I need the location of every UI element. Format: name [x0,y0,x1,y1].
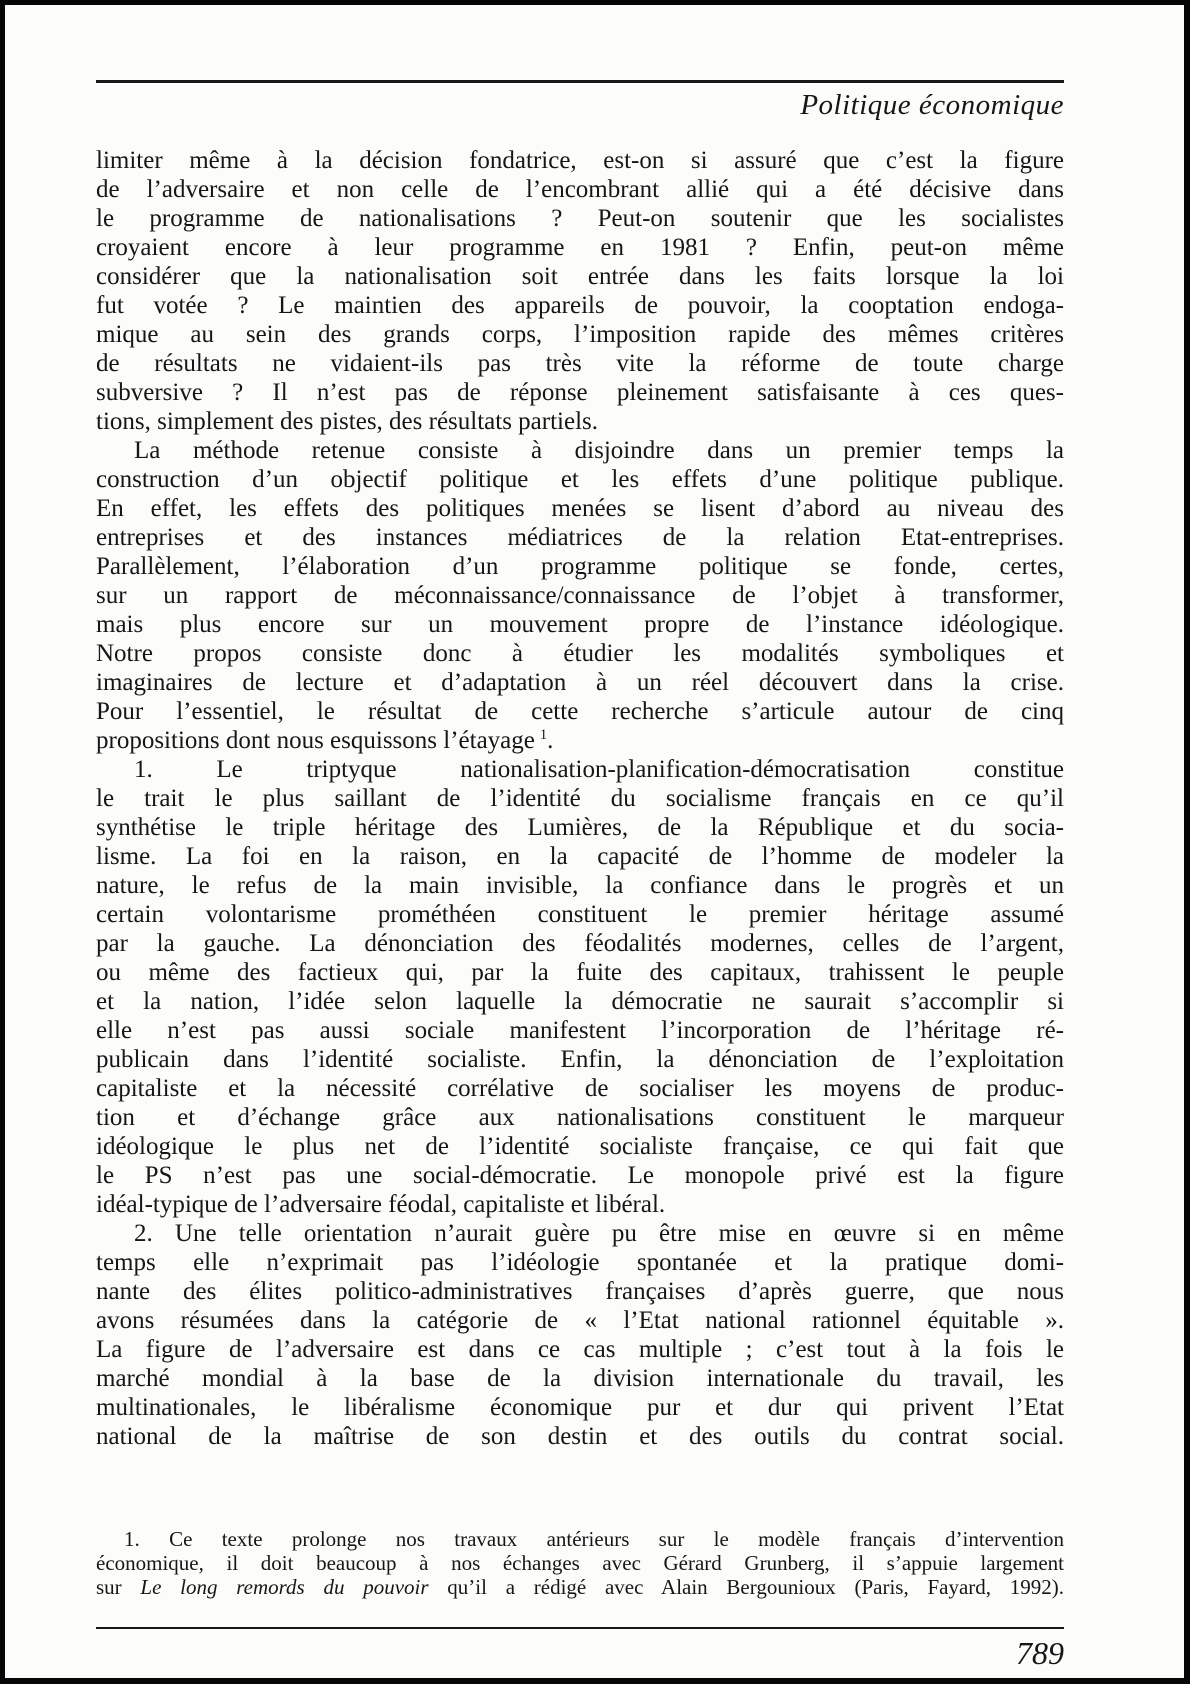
text-line: La figure de l’adversaire est dans ce ca… [96,1335,1064,1364]
text-line: elle n’est pas aussi sociale manifestent… [96,1016,1064,1045]
text-line: considérer que la nationalisation soit e… [96,262,1064,291]
text-line: 2. Une telle orientation n’aurait guère … [96,1219,1064,1248]
text-line: tion et d’échange grâce aux nationalisat… [96,1103,1064,1132]
text-line: mique au sein des grands corps, l’imposi… [96,320,1064,349]
text-line: construction d’un objectif politique et … [96,465,1064,494]
running-header: Politique économique [96,89,1064,121]
text-line: ou même des factieux qui, par la fuite d… [96,958,1064,987]
text-line: lisme. La foi en la raison, en la capaci… [96,842,1064,871]
paragraph: limiter même à la décision fondatrice, e… [96,146,1064,436]
text-line: nante des élites politico-administrative… [96,1277,1064,1306]
text-line: publicain dans l’identité socialiste. En… [96,1045,1064,1074]
text-line: économique, il doit beaucoup à nos échan… [96,1551,1064,1575]
text-line: propositions dont nous esquissons l’étay… [96,726,1064,755]
text-line: temps elle n’exprimait pas l’idéologie s… [96,1248,1064,1277]
text-line: avons résumées dans la catégorie de « l’… [96,1306,1064,1335]
text-line: 1. Le triptyque nationalisation-planific… [96,755,1064,784]
paragraph: 1. Le triptyque nationalisation-planific… [96,755,1064,1219]
paragraph: 2. Une telle orientation n’aurait guère … [96,1219,1064,1451]
text-line: et la nation, l’idée selon laquelle la d… [96,987,1064,1016]
text-line: certain volontarisme prométhéen constitu… [96,900,1064,929]
text-line: La méthode retenue consiste à disjoindre… [96,436,1064,465]
text-line: Pour l’essentiel, le résultat de cette r… [96,697,1064,726]
text-line: capitaliste et la nécessité corrélative … [96,1074,1064,1103]
text-line: mais plus encore sur un mouvement propre… [96,610,1064,639]
body-text: limiter même à la décision fondatrice, e… [96,146,1064,1451]
text-line: tions, simplement des pistes, des résult… [96,407,1064,436]
text-line: Parallèlement, l’élaboration d’un progra… [96,552,1064,581]
text-line: limiter même à la décision fondatrice, e… [96,146,1064,175]
text-line: subversive ? Il n’est pas de réponse ple… [96,378,1064,407]
text-line: multinationales, le libéralisme économiq… [96,1393,1064,1422]
text-line: imaginaires de lecture et d’adaptation à… [96,668,1064,697]
text-line: de résultats ne vidaient-ils pas très vi… [96,349,1064,378]
page-number: 789 [96,1635,1064,1671]
footer-rule [96,1627,1064,1629]
text-line: le PS n’est pas une social-démocratie. L… [96,1161,1064,1190]
header-rule [96,80,1064,83]
text-line: croyaient encore à leur programme en 198… [96,233,1064,262]
paragraph: La méthode retenue consiste à disjoindre… [96,436,1064,755]
text-line: idéal-typique de l’adversaire féodal, ca… [96,1190,1064,1219]
text-line: le programme de nationalisations ? Peut-… [96,204,1064,233]
text-line: nature, le refus de la main invisible, l… [96,871,1064,900]
text-line: sur Le long remords du pouvoir qu’il a r… [96,1575,1064,1599]
text-line: le trait le plus saillant de l’identité … [96,784,1064,813]
text-line: marché mondial à la base de la division … [96,1364,1064,1393]
text-line: entreprises et des instances médiatrices… [96,523,1064,552]
footnote: 1. Ce texte prolonge nos travaux antérie… [96,1527,1064,1599]
text-line: 1. Ce texte prolonge nos travaux antérie… [96,1527,1064,1551]
text-line: idéologique le plus net de l’identité so… [96,1132,1064,1161]
text-line: Notre propos consiste donc à étudier les… [96,639,1064,668]
text-line: sur un rapport de méconnaissance/connais… [96,581,1064,610]
text-line: synthétise le triple héritage des Lumièr… [96,813,1064,842]
text-line: En effet, les effets des politiques mené… [96,494,1064,523]
text-line: par la gauche. La dénonciation des féoda… [96,929,1064,958]
scanned-page: Politique économique limiter même à la d… [0,0,1190,1684]
text-line: fut votée ? Le maintien des appareils de… [96,291,1064,320]
text-line: national de la maîtrise de son destin et… [96,1422,1064,1451]
text-line: de l’adversaire et non celle de l’encomb… [96,175,1064,204]
